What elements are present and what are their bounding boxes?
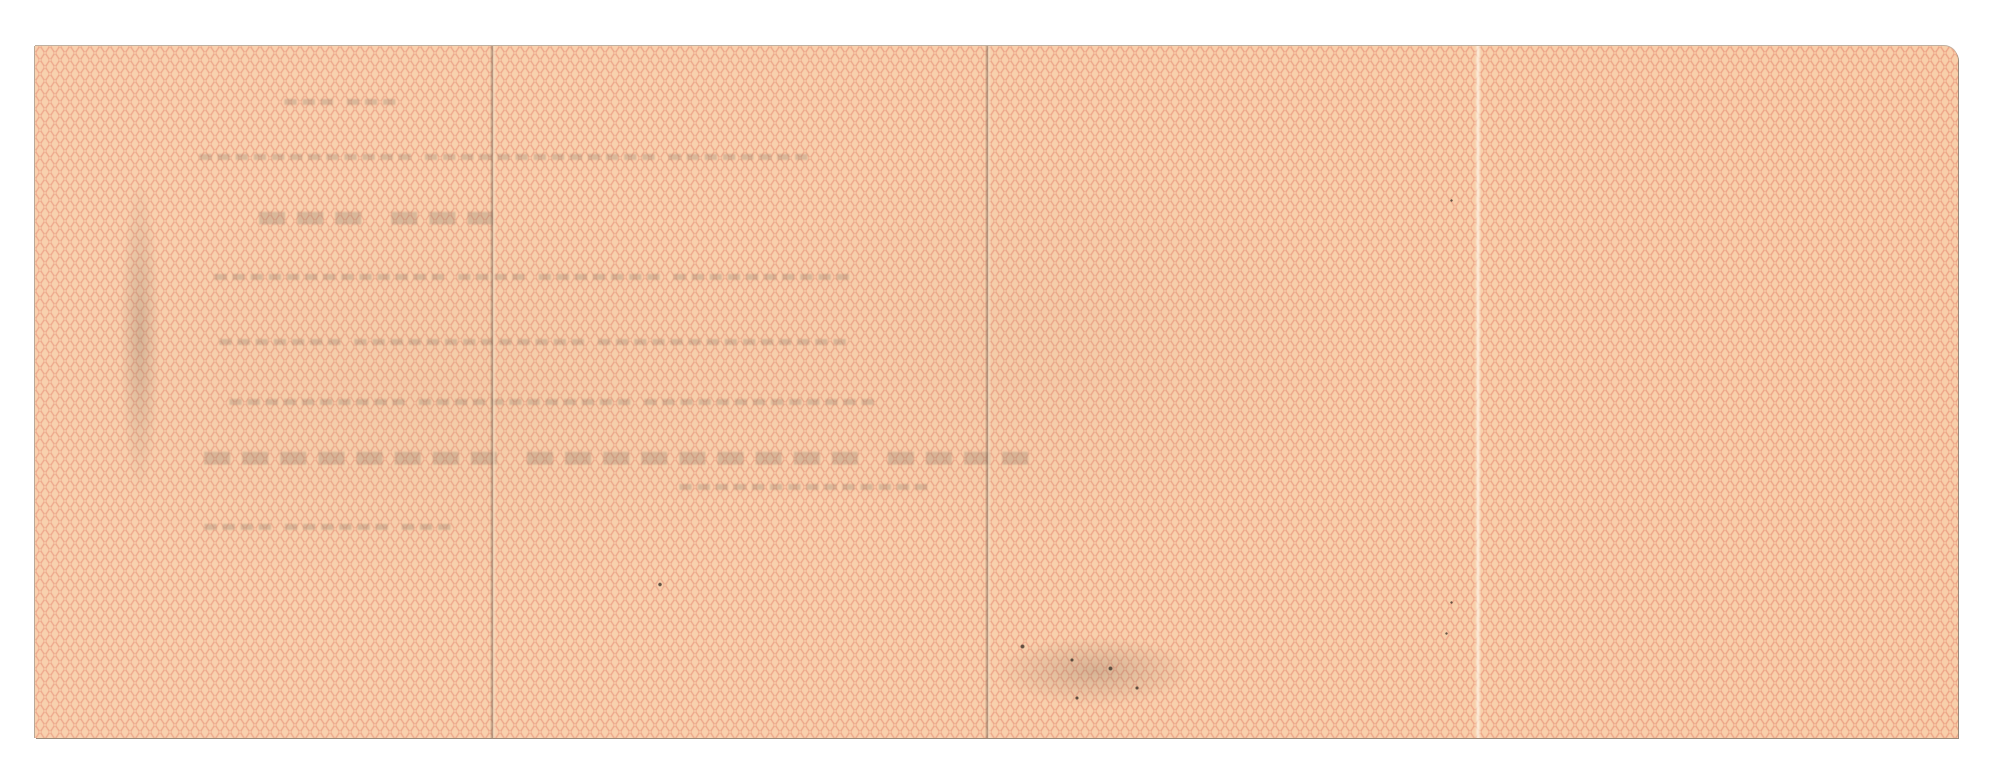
bleed-through-line: ▬▬▬▬▬▬▬▬▬▬▬▬▬▬	[675, 476, 929, 495]
fold-crease-3	[1475, 46, 1481, 738]
bleed-through-line: ▬▬▬▬▬▬▬▬▬▬▬▬▬ ▬▬▬▬▬▬▬▬▬▬▬▬ ▬▬▬▬▬▬▬▬▬▬	[225, 391, 875, 410]
bleed-through-vertical-border	[120, 176, 160, 496]
ink-dot	[1445, 632, 1448, 635]
bleed-through-line: ▬▬▬▬▬▬▬▬ ▬▬▬▬▬▬▬▬▬▬▬▬▬ ▬▬▬▬▬▬▬▬▬▬▬▬	[195, 146, 809, 165]
ink-dot	[1450, 199, 1453, 202]
ink-dot	[658, 582, 662, 587]
fold-crease-1	[490, 46, 496, 738]
bleed-through-line: ▬▬▬ ▬▬▬	[280, 91, 397, 110]
bleed-through-line: ▬▬▬ ▬▬▬	[250, 196, 497, 236]
fold-crease-2	[985, 46, 991, 738]
bleed-through-line: ▬▬▬▬ ▬▬▬▬▬▬▬▬▬ ▬▬▬▬▬▬▬▬	[195, 436, 1031, 476]
ink-dot	[1075, 696, 1079, 700]
ink-dot	[1020, 644, 1025, 649]
ink-dot	[1108, 666, 1113, 671]
ink-dot	[1135, 686, 1139, 690]
document-sheet: ▬▬▬ ▬▬▬ ▬▬▬▬▬▬▬▬ ▬▬▬▬▬▬▬▬▬▬▬▬▬ ▬▬▬▬▬▬▬▬▬…	[35, 46, 1958, 738]
bleed-through-line: ▬▬▬▬▬▬▬▬▬▬▬▬▬▬ ▬▬▬▬▬▬▬▬▬▬▬▬▬ ▬▬▬▬▬▬▬	[215, 331, 847, 350]
ink-dot	[1450, 601, 1453, 604]
bleed-through-line: ▬▬▬ ▬▬▬▬▬▬ ▬▬▬▬	[200, 516, 452, 535]
ink-dot	[1070, 658, 1074, 662]
bleed-through-line: ▬▬▬▬▬▬▬▬▬▬ ▬▬▬▬▬▬▬ ▬▬▬▬ ▬▬▬▬▬▬▬▬▬▬▬▬▬	[210, 266, 850, 285]
ink-stain	[995, 636, 1195, 706]
